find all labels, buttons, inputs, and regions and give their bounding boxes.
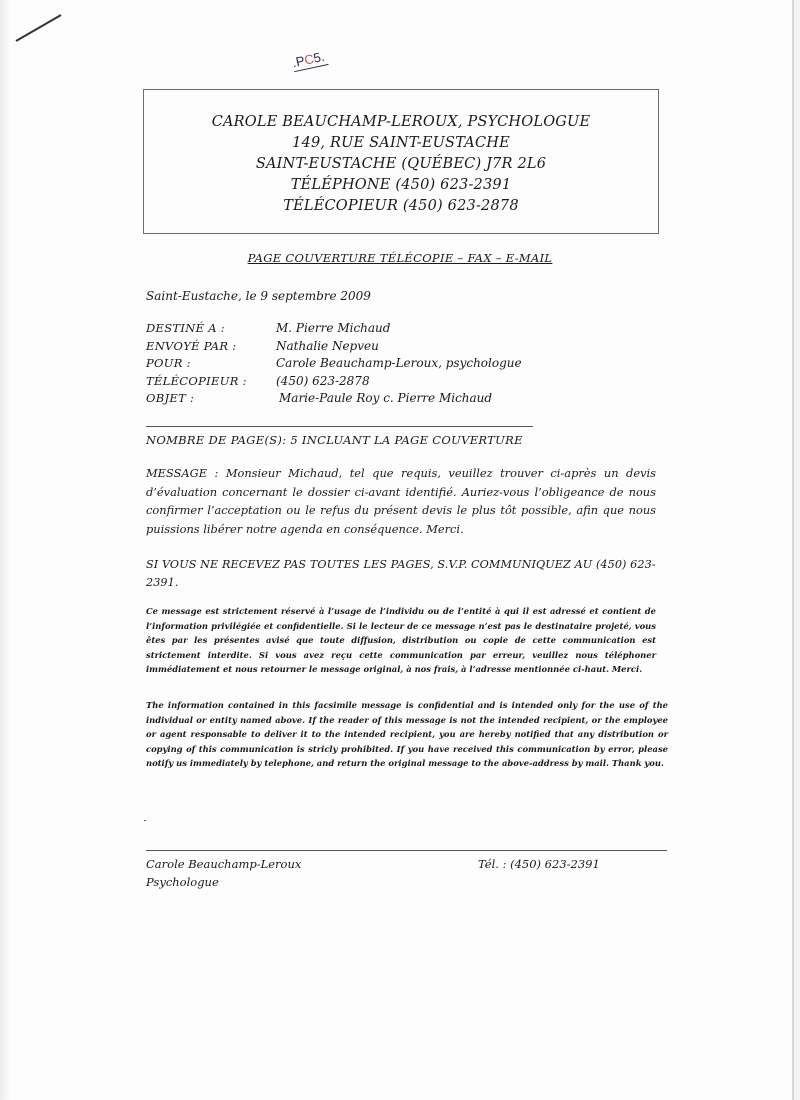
disclaimer-english: The information contained in this facsim… bbox=[146, 698, 668, 771]
letterhead-phone: TÉLÉPHONE (450) 623-2391 bbox=[144, 175, 658, 196]
field-telecopieur: TÉLÉCOPIEUR : (450) 623-2878 bbox=[146, 373, 522, 391]
pen-mark bbox=[16, 14, 62, 42]
field-label: TÉLÉCOPIEUR : bbox=[146, 373, 276, 391]
letterhead-box: CAROLE BEAUCHAMP-LEROUX, PSYCHOLOGUE 149… bbox=[143, 89, 659, 234]
field-pour: POUR : Carole Beauchamp-Leroux, psycholo… bbox=[146, 355, 522, 373]
field-destine: DESTINÉ A : M. Pierre Michaud bbox=[146, 320, 522, 338]
stamp-suffix: 5. bbox=[312, 49, 326, 66]
date-line: Saint-Eustache, le 9 septembre 2009 bbox=[146, 289, 371, 303]
signature-title: Psychologue bbox=[146, 875, 219, 889]
cover-title: PAGE COUVERTURE TÉLÉCOPIE – FAX – E-MAIL bbox=[0, 251, 800, 265]
letterhead-fax: TÉLÉCOPIEUR (450) 623-2878 bbox=[144, 196, 658, 217]
field-label: DESTINÉ A : bbox=[146, 320, 276, 338]
page-stamp: .PC5. bbox=[291, 49, 326, 70]
message-body: MESSAGE : Monsieur Michaud, tel que requ… bbox=[146, 464, 656, 538]
letterhead-city: SAINT-EUSTACHE (QUÉBEC) J7R 2L6 bbox=[144, 154, 658, 175]
page-count: NOMBRE DE PAGE(S): 5 INCLUANT LA PAGE CO… bbox=[146, 433, 523, 447]
scan-edge-left bbox=[0, 0, 10, 1100]
field-label: OBJET : bbox=[146, 390, 276, 408]
field-value: Carole Beauchamp-Leroux, psychologue bbox=[276, 355, 522, 373]
field-value: Marie-Paule Roy c. Pierre Michaud bbox=[276, 390, 492, 408]
missing-pages-warning: SI VOUS NE RECEVEZ PAS TOUTES LES PAGES,… bbox=[146, 556, 656, 591]
field-label: ENVOYÉ PAR : bbox=[146, 338, 276, 356]
disclaimer-french: Ce message est strictement réservé à l’u… bbox=[146, 604, 656, 677]
field-envoye-par: ENVOYÉ PAR : Nathalie Nepveu bbox=[146, 338, 522, 356]
letterhead-street: 149, RUE SAINT-EUSTACHE bbox=[144, 133, 658, 154]
letterhead-name: CAROLE BEAUCHAMP-LEROUX, PSYCHOLOGUE bbox=[144, 112, 658, 133]
stray-mark bbox=[144, 820, 146, 821]
scan-edge-right bbox=[794, 0, 800, 1100]
signature-name: Carole Beauchamp-Leroux bbox=[146, 857, 301, 871]
fax-fields: DESTINÉ A : M. Pierre Michaud ENVOYÉ PAR… bbox=[146, 320, 522, 408]
divider bbox=[146, 426, 533, 427]
field-value: Nathalie Nepveu bbox=[276, 338, 379, 356]
field-value: M. Pierre Michaud bbox=[276, 320, 390, 338]
scan-edge-line bbox=[792, 0, 794, 1100]
field-objet: OBJET : Marie-Paule Roy c. Pierre Michau… bbox=[146, 390, 522, 408]
field-value: (450) 623-2878 bbox=[276, 373, 370, 391]
footer-divider bbox=[146, 850, 667, 851]
footer-phone: Tél. : (450) 623-2391 bbox=[478, 857, 600, 871]
field-label: POUR : bbox=[146, 355, 276, 373]
